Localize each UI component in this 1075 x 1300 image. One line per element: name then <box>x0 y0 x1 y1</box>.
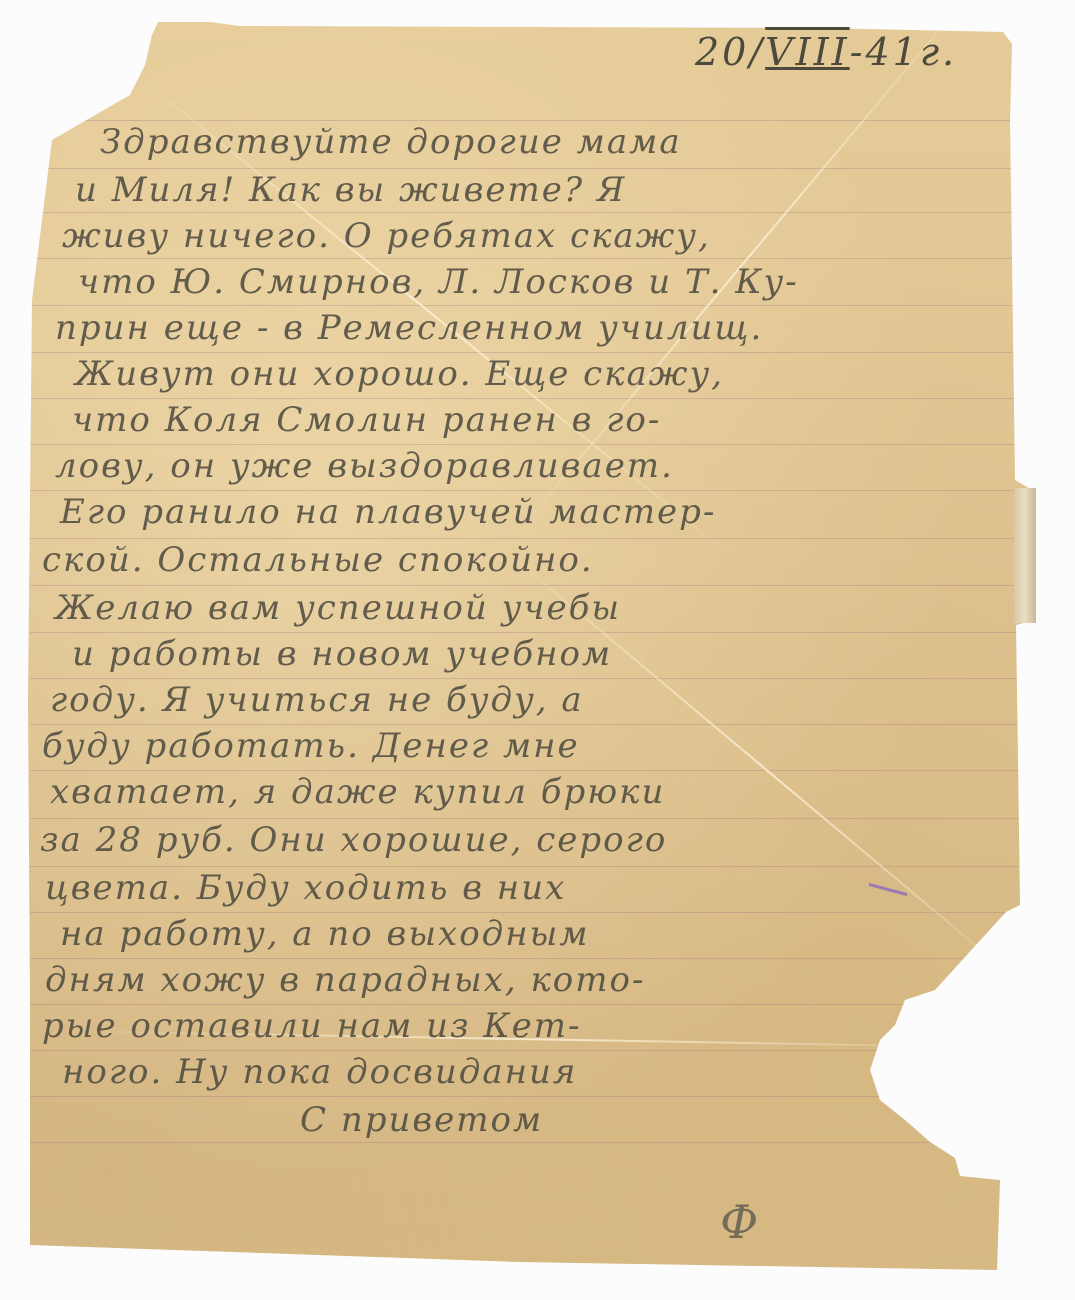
date-year: -41г. <box>850 30 957 74</box>
ruled-line <box>30 1142 1030 1143</box>
tape-strip <box>1014 488 1036 623</box>
ruled-line <box>30 818 1030 819</box>
letter-line: Его ранило на плавучей мастер- <box>60 492 716 532</box>
signature: Ф <box>720 1195 758 1249</box>
letter-line: прин еще - в Ремесленном училищ. <box>55 308 763 348</box>
letter-line: дням хожу в парадных, кото- <box>45 960 645 1000</box>
letter-line: на работу, а по выходным <box>60 914 590 954</box>
ruled-line <box>30 168 1030 169</box>
ruled-line <box>30 538 1030 539</box>
ruled-line <box>30 958 1030 959</box>
ruled-line <box>30 724 1030 725</box>
ruled-line <box>30 632 1030 633</box>
ruled-line <box>30 444 1030 445</box>
ruled-line <box>30 678 1030 679</box>
letter-line: что Коля Смолин ранен в го- <box>72 400 661 440</box>
letter-line: хватает, я даже купил брюки <box>50 772 665 812</box>
date-day: 20 <box>695 30 749 74</box>
letter-line: Желаю вам успешной учебы <box>55 588 621 628</box>
ruled-line <box>30 212 1030 213</box>
letter-line: за 28 руб. Они хорошие, серого <box>40 820 667 860</box>
ruled-line <box>30 120 1030 121</box>
scanned-letter: 20/VIII-41г. Здравствуйте дорогие мама и… <box>0 0 1075 1300</box>
ruled-line <box>30 258 1030 259</box>
ruled-line <box>30 912 1030 913</box>
letter-line: буду работать. Денег мне <box>42 726 580 766</box>
letter-date: 20/VIII-41г. <box>695 30 957 74</box>
ruled-line <box>30 398 1030 399</box>
closing-line: С приветом <box>300 1100 543 1140</box>
letter-line: ской. Остальные спокойно. <box>42 540 594 580</box>
letter-line: живу ничего. О ребятах скажу, <box>62 216 711 256</box>
letter-line: и Миля! Как вы живете? Я <box>75 170 626 210</box>
ruled-line <box>30 1096 1030 1097</box>
letter-line: рые оставили нам из Кет- <box>42 1006 582 1046</box>
letter-line: лову, он уже выздоравливает. <box>55 446 674 486</box>
ruled-line <box>30 770 1030 771</box>
letter-line: ного. Ну пока досвидания <box>62 1052 577 1092</box>
ruled-line <box>30 490 1030 491</box>
letter-line: цвета. Буду ходить в них <box>45 868 566 908</box>
ruled-line <box>30 305 1030 306</box>
ruled-line <box>30 1004 1030 1005</box>
letter-line: что Ю. Смирнов, Л. Лосков и Т. Ку- <box>78 262 799 302</box>
letter-line: и работы в новом учебном <box>72 634 612 674</box>
letter-line: Здравствуйте дорогие мама <box>100 122 682 162</box>
letter-line: году. Я учиться не буду, а <box>50 680 584 720</box>
date-month: VIII <box>765 30 849 74</box>
letter-line: Живут они хорошо. Еще скажу, <box>75 354 724 394</box>
ruled-line <box>30 1050 1030 1051</box>
ruled-line <box>30 352 1030 353</box>
ruled-line <box>30 585 1030 586</box>
date-slash: / <box>749 30 765 74</box>
